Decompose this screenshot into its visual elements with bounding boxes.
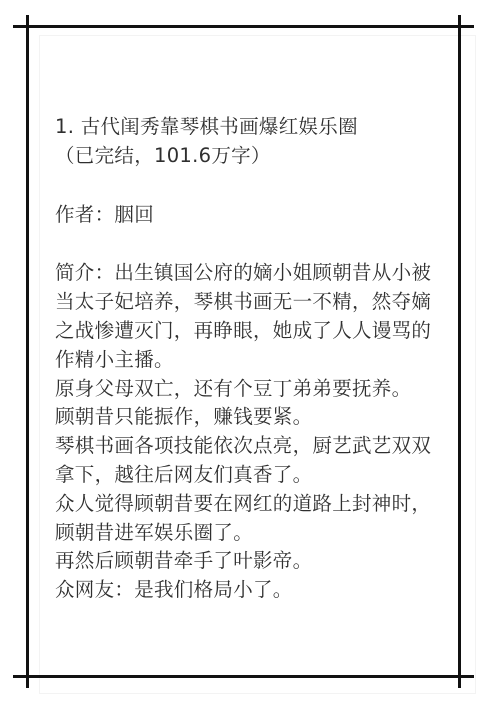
intro-line: 原身父母双亡，还有个豆丁弟弟要抚养。 xyxy=(55,375,447,404)
intro-line: 顾朝昔只能振作，赚钱要紧。 xyxy=(55,403,447,432)
book-title: 1. 古代闺秀靠琴棋书画爆红娱乐圈 xyxy=(55,113,447,142)
document-content: 1. 古代闺秀靠琴棋书画爆红娱乐圈 （已完结，101.6万字） 作者：胭回 简介… xyxy=(55,113,447,605)
intro-line: 众人觉得顾朝昔要在网红的道路上封神时， xyxy=(55,490,447,519)
frame-top-line-right xyxy=(224,25,474,28)
frame-top-line xyxy=(13,25,224,28)
author-name: 胭回 xyxy=(114,203,154,226)
spacer xyxy=(55,171,447,201)
intro-line: 再然后顾朝昔牵手了叶影帝。 xyxy=(55,547,447,576)
intro-line: 拿下，越往后网友们真香了。 xyxy=(55,461,447,490)
intro-line: 之战惨遭灭门，再睁眼，她成了人人谩骂的 xyxy=(55,317,447,346)
spacer xyxy=(55,229,447,259)
intro-line: 琴棋书画各项技能依次点亮，厨艺武艺双双 xyxy=(55,432,447,461)
intro-line: 作精小主播。 xyxy=(55,346,447,375)
frame-right-line xyxy=(458,15,461,688)
frame-left-line xyxy=(26,15,29,688)
intro-line: 众网友：是我们格局小了。 xyxy=(55,576,447,605)
intro-line: 简介：出生镇国公府的嫡小姐顾朝昔从小被 xyxy=(55,259,447,288)
intro-line: 当太子妃培养，琴棋书画无一不精，然夺嫡 xyxy=(55,288,447,317)
author-line: 作者：胭回 xyxy=(55,201,447,230)
frame-bottom-line xyxy=(13,675,474,678)
book-status: （已完结，101.6万字） xyxy=(55,142,447,171)
intro-line: 顾朝昔进军娱乐圈了。 xyxy=(55,519,447,548)
author-label: 作者： xyxy=(55,203,114,226)
